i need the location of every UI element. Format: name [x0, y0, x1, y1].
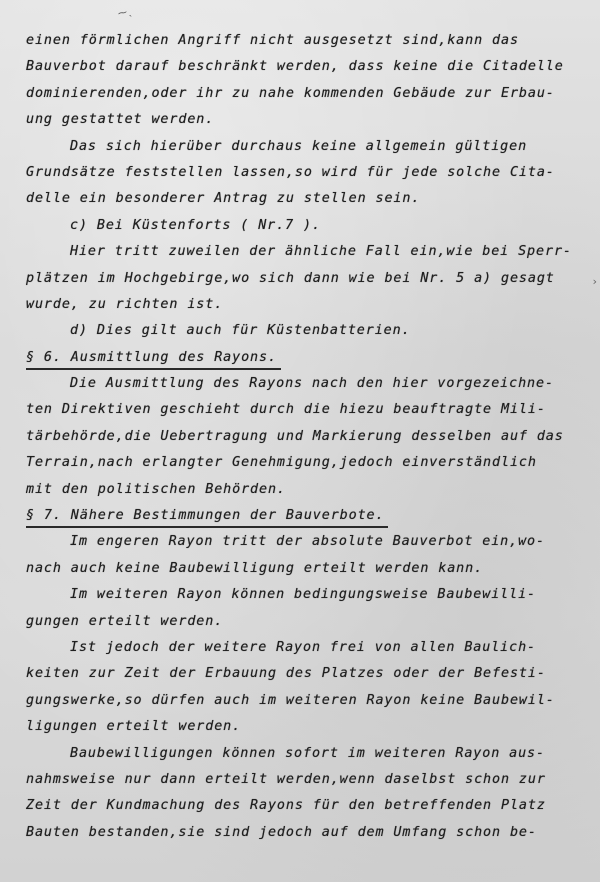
text-line: Im engeren Rayon tritt der absolute Bauv… [26, 529, 586, 555]
text-line: c) Bei Küstenforts ( Nr.7 ). [26, 213, 586, 239]
section-heading: § 7. Nähere Bestimmungen der Bauverbote. [26, 503, 586, 529]
text-line-content: c) Bei Küstenforts ( Nr.7 ). [70, 218, 321, 233]
text-line-content: nahmsweise nur dann erteilt werden,wenn … [26, 772, 546, 787]
ink-smudge: ⁓ˎ [117, 7, 133, 20]
text-line-content: ten Direktiven geschieht durch die hiezu… [26, 402, 546, 417]
text-line-content: Hier tritt zuweilen der ähnliche Fall ei… [70, 244, 572, 259]
text-line-content: Baubewilligungen können sofort im weiter… [70, 746, 545, 761]
text-line: Zeit der Kundmachung des Rayons für den … [26, 793, 586, 819]
typed-page: einen förmlichen Angriff nicht ausgesetz… [26, 28, 586, 846]
section-heading-text: § 6. Ausmittlung des Rayons. [26, 348, 281, 370]
text-line: wurde, zu richten ist. [26, 292, 586, 318]
text-line-content: gungswerke,so dürfen auch im weiteren Ra… [26, 693, 555, 708]
section-heading: § 6. Ausmittlung des Rayons. [26, 345, 586, 371]
text-line-content: nach auch keine Baubewilligung erteilt w… [26, 561, 483, 576]
text-line-content: Die Ausmittlung des Rayons nach den hier… [70, 376, 554, 391]
text-line: Terrain,nach erlangter Genehmigung,jedoc… [26, 450, 586, 476]
text-line-content: Zeit der Kundmachung des Rayons für den … [26, 798, 546, 813]
text-line-content: Grundsätze feststellen lassen,so wird fü… [26, 165, 555, 180]
text-line-content: Im engeren Rayon tritt der absolute Bauv… [70, 534, 545, 549]
text-line-content: Das sich hierüber durchaus keine allgeme… [70, 139, 527, 154]
text-line-content: ung gestattet werden. [26, 112, 214, 127]
text-line-content: dominierenden,oder ihr zu nahe kommenden… [26, 86, 555, 101]
text-line-content: wurde, zu richten ist. [26, 297, 223, 312]
text-line: Grundsätze feststellen lassen,so wird fü… [26, 160, 586, 186]
text-line: gungen erteilt werden. [26, 609, 586, 635]
text-line-content: Bauverbot darauf beschränkt werden, dass… [26, 59, 564, 74]
text-line-content: delle ein besonderer Antrag zu stellen s… [26, 191, 420, 206]
text-line: Im weiteren Rayon können bedingungsweise… [26, 582, 586, 608]
text-line-content: ligungen erteilt werden. [26, 719, 241, 734]
text-line-content: keiten zur Zeit der Erbauung des Platzes… [26, 666, 546, 681]
text-line-content: Bauten bestanden,sie sind jedoch auf dem… [26, 825, 537, 840]
text-line: d) Dies gilt auch für Küstenbatterien. [26, 318, 586, 344]
text-line: ligungen erteilt werden. [26, 714, 586, 740]
text-line: dominierenden,oder ihr zu nahe kommenden… [26, 81, 586, 107]
text-line: Ist jedoch der weitere Rayon frei von al… [26, 635, 586, 661]
text-line-content: tärbehörde,die Uebertragung und Markieru… [26, 429, 564, 444]
text-line: Die Ausmittlung des Rayons nach den hier… [26, 371, 586, 397]
text-line: delle ein besonderer Antrag zu stellen s… [26, 186, 586, 212]
text-line: nahmsweise nur dann erteilt werden,wenn … [26, 767, 586, 793]
text-line-content: Ist jedoch der weitere Rayon frei von al… [70, 640, 536, 655]
text-line: Das sich hierüber durchaus keine allgeme… [26, 134, 586, 160]
text-line: nach auch keine Baubewilligung erteilt w… [26, 556, 586, 582]
text-line: keiten zur Zeit der Erbauung des Platzes… [26, 661, 586, 687]
text-line-content: mit den politischen Behörden. [26, 482, 286, 497]
text-line: plätzen im Hochgebirge,wo sich dann wie … [26, 266, 586, 292]
margin-mark: › [591, 275, 598, 288]
text-line: Hier tritt zuweilen der ähnliche Fall ei… [26, 239, 586, 265]
text-line-content: d) Dies gilt auch für Küstenbatterien. [70, 323, 411, 338]
text-line: ten Direktiven geschieht durch die hiezu… [26, 397, 586, 423]
text-line: Bauverbot darauf beschränkt werden, dass… [26, 54, 586, 80]
text-line: ung gestattet werden. [26, 107, 586, 133]
text-line: Bauten bestanden,sie sind jedoch auf dem… [26, 820, 586, 846]
text-line-content: gungen erteilt werden. [26, 614, 223, 629]
text-line-content: Terrain,nach erlangter Genehmigung,jedoc… [26, 455, 537, 470]
text-line: Baubewilligungen können sofort im weiter… [26, 741, 586, 767]
text-line-content: Im weiteren Rayon können bedingungsweise… [70, 587, 536, 602]
text-line-content: plätzen im Hochgebirge,wo sich dann wie … [26, 271, 555, 286]
text-line: tärbehörde,die Uebertragung und Markieru… [26, 424, 586, 450]
text-line-content: einen förmlichen Angriff nicht ausgesetz… [26, 33, 519, 48]
text-line: mit den politischen Behörden. [26, 477, 586, 503]
text-line: gungswerke,so dürfen auch im weiteren Ra… [26, 688, 586, 714]
section-heading-text: § 7. Nähere Bestimmungen der Bauverbote. [26, 506, 388, 528]
text-line: einen förmlichen Angriff nicht ausgesetz… [26, 28, 586, 54]
